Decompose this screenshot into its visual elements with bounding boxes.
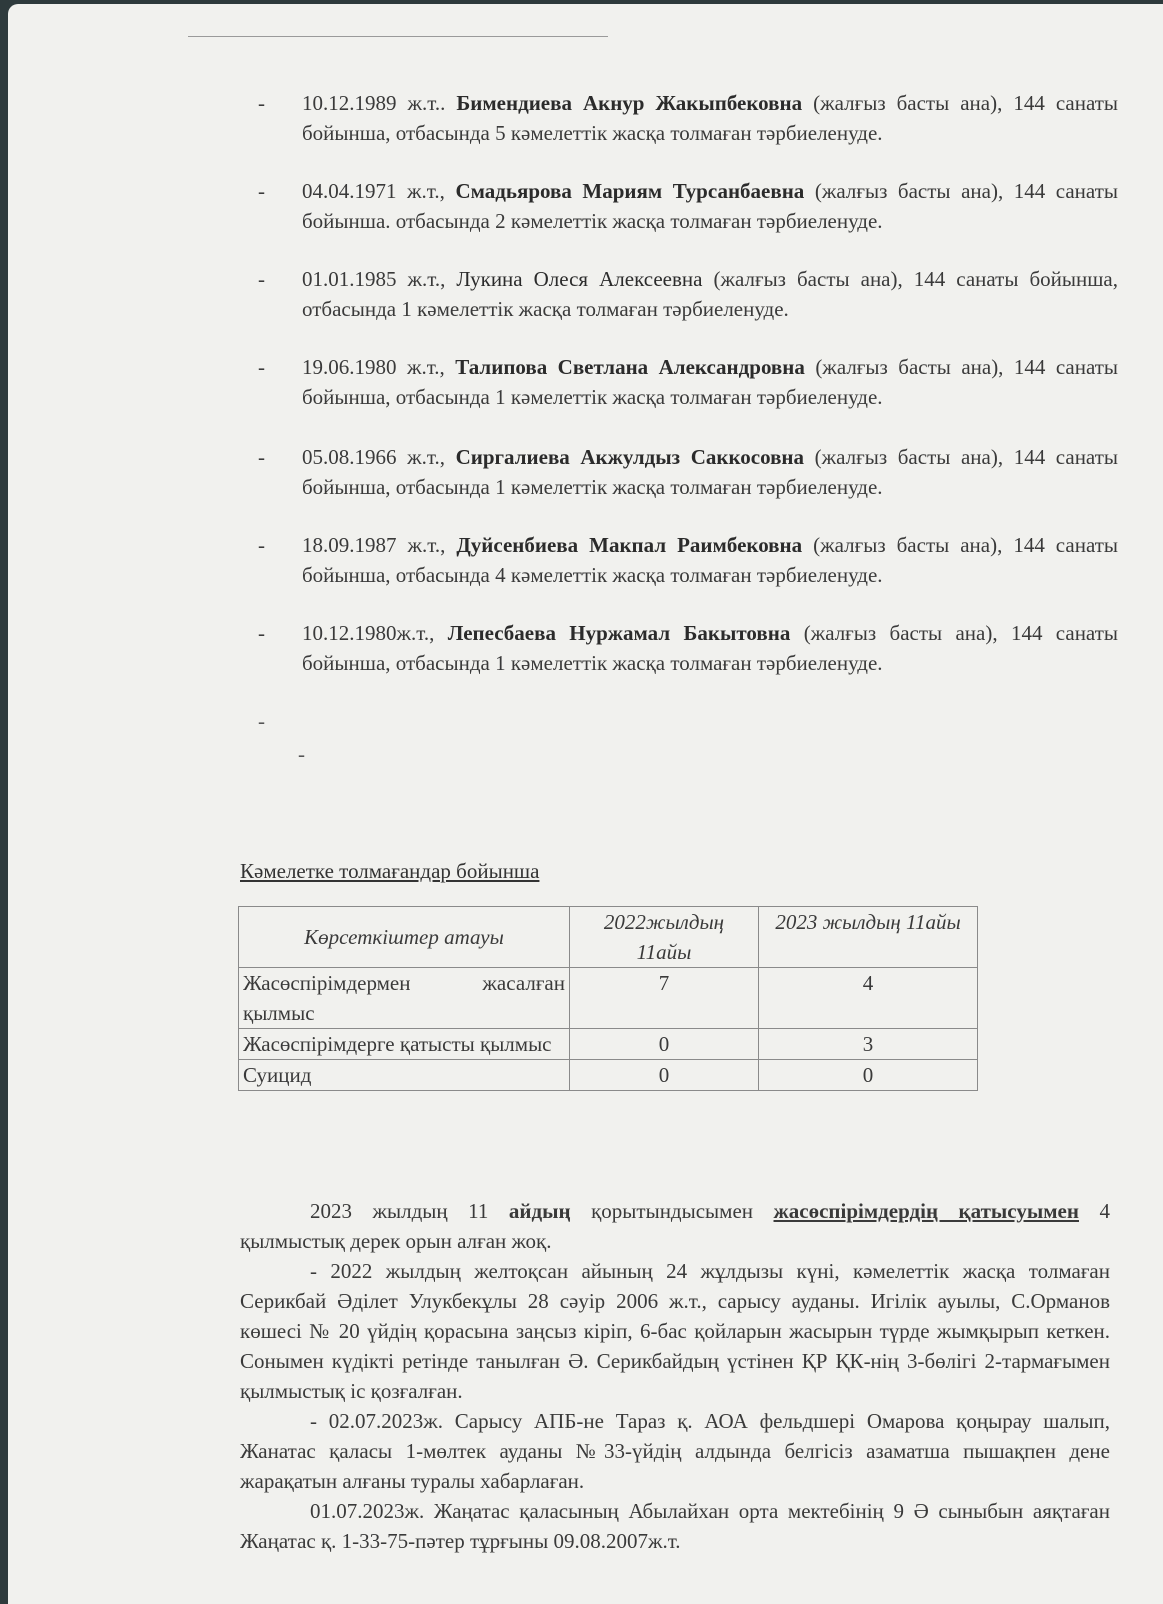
- list-dash: -: [258, 352, 288, 382]
- person-name: Лукина Олеся Алексеевна: [456, 267, 702, 291]
- underlined-text: жасөспірімдердің қатысуымен: [774, 1199, 1079, 1223]
- header-2022: 2022жылдың 11айы: [570, 907, 759, 968]
- top-rule: [188, 36, 608, 37]
- header-2023: 2023 жылдың 11айы: [759, 907, 978, 968]
- list-item: - 04.04.1971 ж.т., Смадьярова Мариям Тур…: [258, 176, 1118, 236]
- scanned-page: - 10.12.1989 ж.т.. Бимендиева Акнур Жакы…: [8, 4, 1163, 1600]
- value-2023: 4: [759, 968, 978, 1029]
- case-paragraph-2: - 02.07.2023ж. Сарысу АПБ-не Тараз қ. АО…: [240, 1406, 1110, 1496]
- text-run: қорытындысымен: [571, 1199, 774, 1223]
- text-run: айдың: [509, 1199, 571, 1223]
- list-dash: -: [258, 176, 288, 206]
- statistics-table: Көрсеткіштер атауы 2022жылдың 11айы 2023…: [238, 906, 978, 1091]
- row-label: Жасөспірімдермен жасалған қылмыс: [239, 968, 570, 1029]
- row-label: Суицид: [239, 1060, 570, 1091]
- row-label: Жасөспірімдерге қатысты қылмыс: [239, 1029, 570, 1060]
- person-name: Лепесбаева Нуржамал Бакытовна: [448, 621, 791, 645]
- birth-date: 04.04.1971 ж.т.,: [302, 179, 445, 203]
- list-dash: -: [258, 442, 288, 472]
- list-dash: -: [258, 264, 288, 294]
- person-name: Бимендиева Акнур Жакыпбековна: [456, 91, 802, 115]
- value-2022: 7: [570, 968, 759, 1029]
- birth-date: 18.09.1987 ж.т.,: [302, 533, 445, 557]
- list-item: - 10.12.1989 ж.т.. Бимендиева Акнур Жакы…: [258, 88, 1118, 148]
- birth-date: 01.01.1985 ж.т.,: [302, 267, 445, 291]
- person-name: Талипова Светлана Александровна: [455, 355, 805, 379]
- value-2022: 0: [570, 1060, 759, 1091]
- text-run: 2023 жылдың 11: [310, 1199, 509, 1223]
- value-2022: 0: [570, 1029, 759, 1060]
- list-dash: -: [298, 739, 328, 769]
- birth-date: 10.12.1989 ж.т..: [302, 91, 445, 115]
- list-item: - 19.06.1980 ж.т., Талипова Светлана Але…: [258, 352, 1118, 412]
- person-name: Дуйсенбиева Макпал Раимбековна: [456, 533, 802, 557]
- table-row: Жасөспірімдермен жасалған қылмыс 7 4: [239, 968, 978, 1029]
- list-item: - 01.01.1985 ж.т., Лукина Олеся Алексеев…: [258, 264, 1118, 324]
- birth-date: 19.06.1980 ж.т.,: [302, 355, 445, 379]
- table-row: Суицид 0 0: [239, 1060, 978, 1091]
- person-name: Сиргалиева Акжулдыз Саккосовна: [456, 445, 804, 469]
- value-2023: 3: [759, 1029, 978, 1060]
- section-title: Кәмелетке толмағандар бойынша: [240, 859, 539, 884]
- birth-date: 10.12.1980ж.т.,: [302, 621, 434, 645]
- summary-paragraph: 2023 жылдың 11 айдың қорытындысымен жасө…: [240, 1196, 1110, 1256]
- list-dash: -: [258, 618, 288, 648]
- value-2023: 0: [759, 1060, 978, 1091]
- list-dash: -: [258, 530, 288, 560]
- list-dash: -: [258, 706, 288, 736]
- table-row: Жасөспірімдерге қатысты қылмыс 0 3: [239, 1029, 978, 1060]
- list-item: - 18.09.1987 ж.т., Дуйсенбиева Макпал Ра…: [258, 530, 1118, 590]
- case-paragraph-3: 01.07.2023ж. Жаңатас қаласының Абылайхан…: [240, 1496, 1110, 1556]
- case-paragraph-1: - 2022 жылдың желтоқсан айының 24 жұлдыз…: [240, 1256, 1110, 1406]
- table-header-row: Көрсеткіштер атауы 2022жылдың 11айы 2023…: [239, 907, 978, 968]
- list-item: - 05.08.1966 ж.т., Сиргалиева Акжулдыз С…: [258, 442, 1118, 502]
- header-indicator: Көрсеткіштер атауы: [239, 907, 570, 968]
- person-name: Смадьярова Мариям Турсанбаевна: [455, 179, 804, 203]
- birth-date: 05.08.1966 ж.т.,: [302, 445, 445, 469]
- list-item: - 10.12.1980ж.т., Лепесбаева Нуржамал Ба…: [258, 618, 1118, 678]
- list-dash: -: [258, 88, 288, 118]
